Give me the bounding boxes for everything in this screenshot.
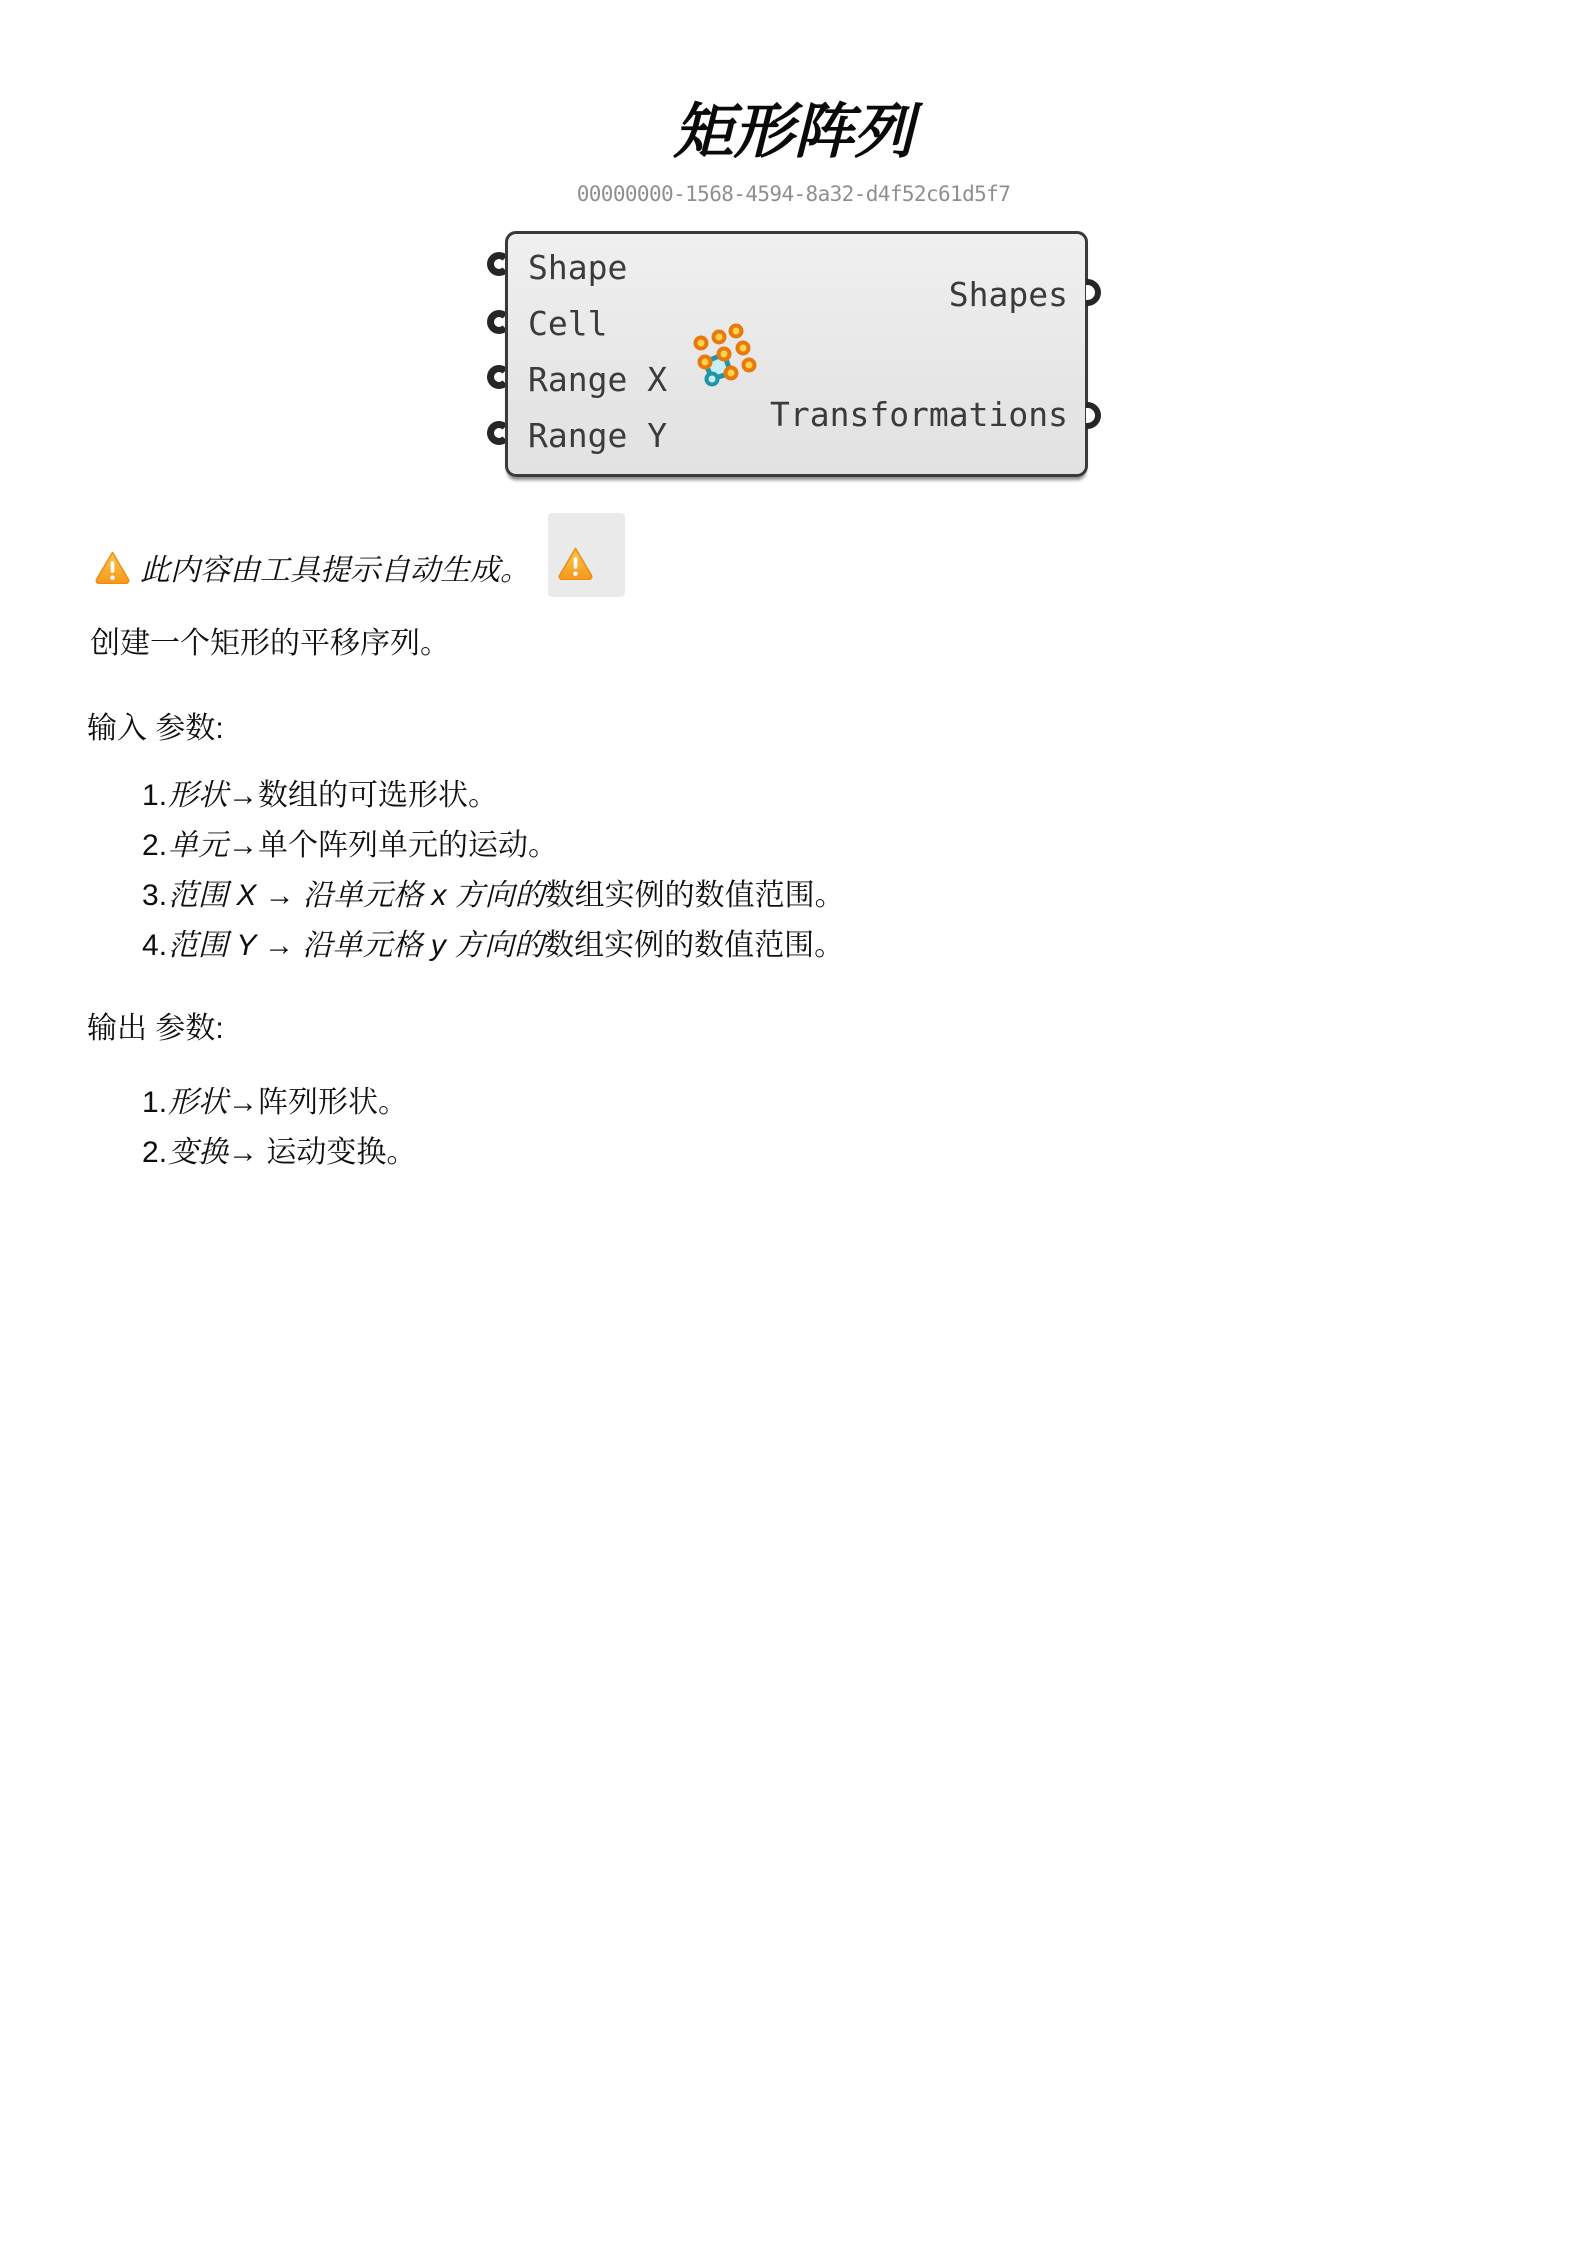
list-item: 形状→阵列形状。 xyxy=(90,1078,416,1128)
param-description: →阵列形状。 xyxy=(228,1086,408,1119)
list-item: 单元→单个阵列单元的运动。 xyxy=(90,821,845,871)
input-label-range-y: Range Y xyxy=(528,407,667,463)
param-name: 范围 X → 沿单元格 x 方向的 xyxy=(168,879,545,912)
param-description: →数组的可选形状。 xyxy=(228,779,498,812)
rectangular-array-icon xyxy=(689,321,759,389)
warning-row: 此内容由工具提示自动生成。 xyxy=(95,545,530,589)
outputs-list: 形状→阵列形状。 变换→ 运动变换。 xyxy=(90,1078,416,1178)
output-label-shapes: Shapes xyxy=(770,234,1068,354)
component-description: 创建一个矩形的平移序列。 xyxy=(90,618,450,662)
outputs-heading: 输出 参数: xyxy=(87,1003,224,1047)
input-label-shape: Shape xyxy=(528,239,667,295)
input-label-cell: Cell xyxy=(528,295,667,351)
list-item: 范围 X → 沿单元格 x 方向的数组实例的数值范围。 xyxy=(90,871,845,921)
param-description: 数组实例的数值范围。 xyxy=(545,879,845,912)
page-title: 矩形阵列 xyxy=(0,96,1587,168)
param-name: 单元 xyxy=(168,829,228,862)
warning-icon xyxy=(558,546,593,580)
input-label-range-x: Range X xyxy=(528,351,667,407)
component-guid: 00000000-1568-4594-8a32-d4f52c61d5f7 xyxy=(0,182,1587,206)
param-description: → 运动变换。 xyxy=(228,1136,416,1169)
output-grip-shapes xyxy=(1086,279,1101,306)
list-item: 变换→ 运动变换。 xyxy=(90,1128,416,1178)
param-name: 变换 xyxy=(168,1136,228,1169)
grasshopper-component: Shape Cell Range X Range Y Shapes Transf… xyxy=(505,231,1088,477)
output-label-transformations: Transformations xyxy=(770,354,1068,474)
warning-icon xyxy=(95,550,130,584)
param-description: →单个阵列单元的运动。 xyxy=(228,829,558,862)
param-description: 数组实例的数值范围。 xyxy=(544,929,844,962)
warning-text: 此内容由工具提示自动生成。 xyxy=(140,545,530,589)
param-name: 形状 xyxy=(168,779,228,812)
inputs-heading: 输入 参数: xyxy=(87,703,224,747)
param-name: 范围 Y → 沿单元格 y 方向的 xyxy=(168,929,544,962)
component-input-labels: Shape Cell Range X Range Y xyxy=(528,239,667,463)
inputs-list: 形状→数组的可选形状。 单元→单个阵列单元的运动。 范围 X → 沿单元格 x … xyxy=(90,771,845,971)
list-item: 范围 Y → 沿单元格 y 方向的数组实例的数值范围。 xyxy=(90,921,845,971)
list-item: 形状→数组的可选形状。 xyxy=(90,771,845,821)
output-grip-transformations xyxy=(1086,402,1101,429)
component-output-labels: Shapes Transformations xyxy=(770,234,1068,474)
param-name: 形状 xyxy=(168,1086,228,1119)
